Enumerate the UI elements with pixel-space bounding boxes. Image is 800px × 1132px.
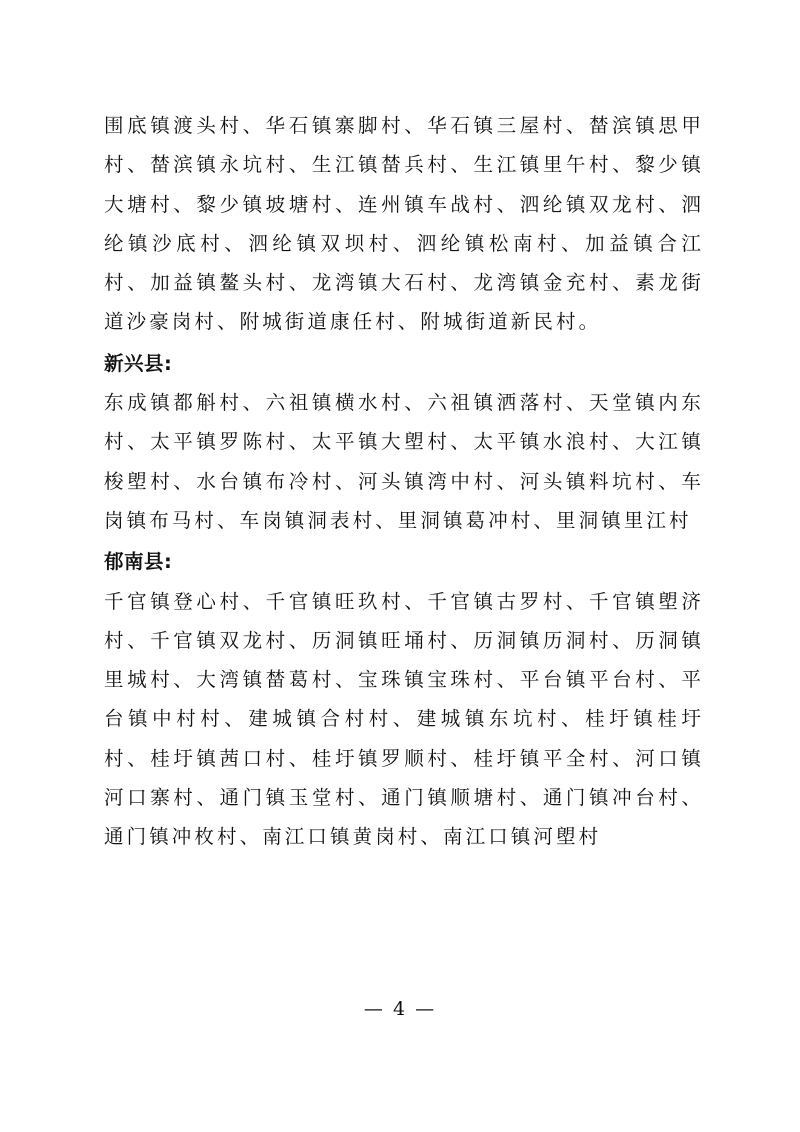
village-list-paragraph-xinxing: 东成镇都斛村、六祖镇横水村、六祖镇洒落村、天堂镇内东村、太平镇罗陈村、太平镇大塱… [104, 383, 704, 540]
county-heading-yunan: 郁南县: [104, 542, 704, 581]
village-list-paragraph-1: 围底镇渡头村、华石镇寨脚村、华石镇三屋村、榃滨镇思甲村、榃滨镇永坑村、生江镇榃兵… [104, 106, 704, 342]
county-heading-xinxing: 新兴县: [104, 344, 704, 383]
document-page: 围底镇渡头村、华石镇寨脚村、华石镇三屋村、榃滨镇思甲村、榃滨镇永坑村、生江镇榃兵… [0, 0, 800, 1132]
document-body: 围底镇渡头村、华石镇寨脚村、华石镇三屋村、榃滨镇思甲村、榃滨镇永坑村、生江镇榃兵… [104, 106, 704, 857]
village-list-paragraph-yunan: 千官镇登心村、千官镇旺玖村、千官镇古罗村、千官镇塱济村、千官镇双龙村、历洞镇旺埇… [104, 582, 704, 857]
page-number: — 4 — [0, 998, 800, 1020]
